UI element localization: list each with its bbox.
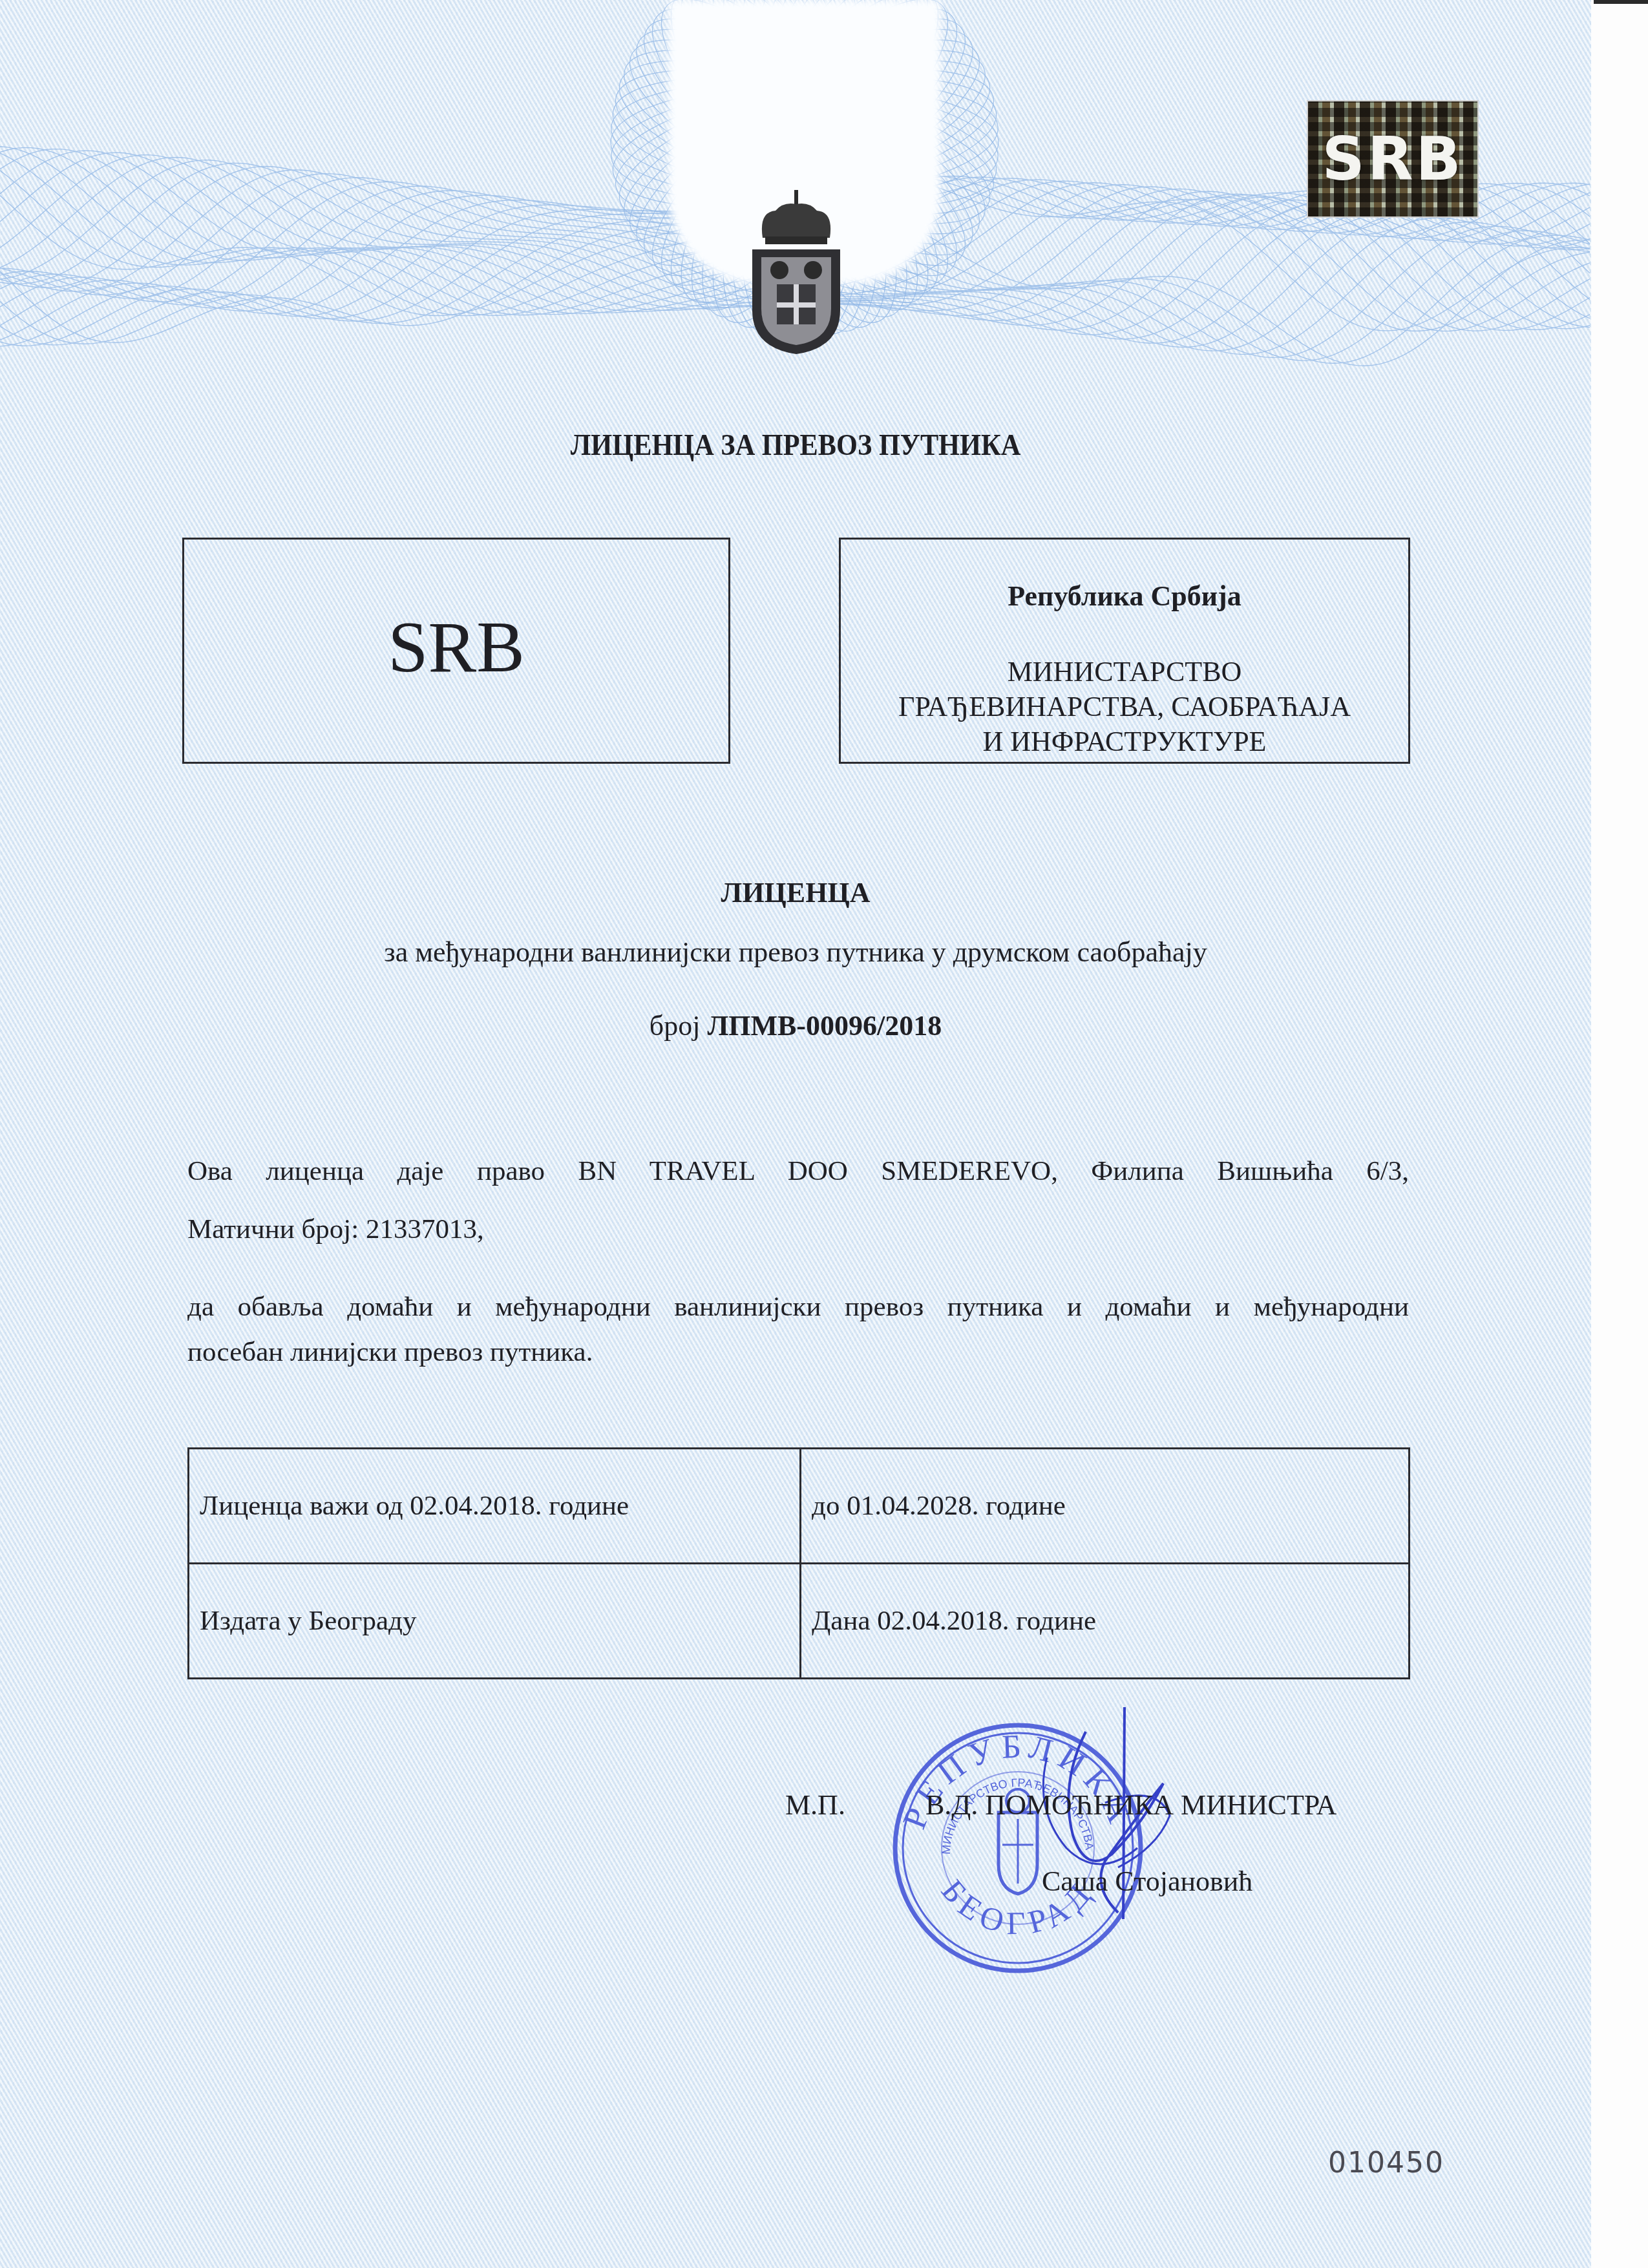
- validity-table: Лиценца важи од 02.04.2018. године до 01…: [187, 1447, 1410, 1679]
- license-number-prefix: број: [650, 1010, 701, 1042]
- serial-number: 010450: [1328, 2147, 1444, 2179]
- ministry-line: ГРАЂЕВИНАРСТВА, САОБРАЋАЈА: [841, 689, 1408, 724]
- hologram-srb: SRB: [1307, 100, 1479, 218]
- document-title: ЛИЦЕНЦА ЗА ПРЕВОЗ ПУТНИКА: [63, 428, 1527, 462]
- country-code: SRB: [184, 540, 728, 762]
- issued-date-cell: Дана 02.04.2018. године: [801, 1564, 1410, 1679]
- body-line-scope: да обавља домаћи и међународни ванлинијс…: [187, 1291, 1409, 1323]
- issuing-authority-box: Република Србија МИНИСТАРСТВО ГРАЂЕВИНАР…: [839, 538, 1410, 764]
- license-heading: ЛИЦЕНЦА: [0, 876, 1591, 909]
- scan-edge-strip: [1591, 0, 1648, 2268]
- license-number-value: ЛПМВ-00096/2018: [707, 1010, 942, 1042]
- signatory-title: В.Д. ПОМОЋНИКА МИНИСТРА: [925, 1789, 1336, 1822]
- license-subtitle: за међународни ванлинијски превоз путник…: [0, 936, 1591, 969]
- table-row: Лиценца важи од 02.04.2018. године до 01…: [189, 1449, 1410, 1564]
- table-row: Издата у Београду Дана 02.04.2018. годин…: [189, 1564, 1410, 1679]
- republic-name: Република Србија: [841, 580, 1408, 613]
- valid-from-cell: Лиценца важи од 02.04.2018. године: [189, 1449, 801, 1564]
- body-line-holder: Ова лиценца даје право BN TRAVEL DOO SME…: [187, 1155, 1409, 1187]
- license-document: SRB ЛИЦЕНЦА ЗА ПРЕВОЗ ПУТНИКА SRB Републ…: [0, 0, 1648, 2268]
- scan-edge-mark: [1594, 0, 1648, 4]
- ministry-line: И ИНФРАСТРУКТУРЕ: [841, 724, 1408, 759]
- hologram-label: SRB: [1308, 101, 1477, 216]
- coat-of-arms-icon: [750, 187, 843, 355]
- valid-until-cell: до 01.04.2028. године: [801, 1449, 1410, 1564]
- license-number: број ЛПМВ-00096/2018: [0, 1009, 1591, 1042]
- seal-place-label: М.П.: [785, 1789, 845, 1822]
- body-line-scope-end: посебан линијски превоз путника.: [187, 1336, 1409, 1368]
- ministry-line: МИНИСТАРСТВО: [841, 655, 1408, 689]
- body-line-registration: Матични број: 21337013,: [187, 1213, 1409, 1245]
- country-code-box: SRB: [182, 538, 730, 764]
- issued-place-cell: Издата у Београду: [189, 1564, 801, 1679]
- ministry-name: МИНИСТАРСТВО ГРАЂЕВИНАРСТВА, САОБРАЋАЈА …: [841, 655, 1408, 759]
- signatory-name: Саша Стојановић: [1042, 1865, 1252, 1898]
